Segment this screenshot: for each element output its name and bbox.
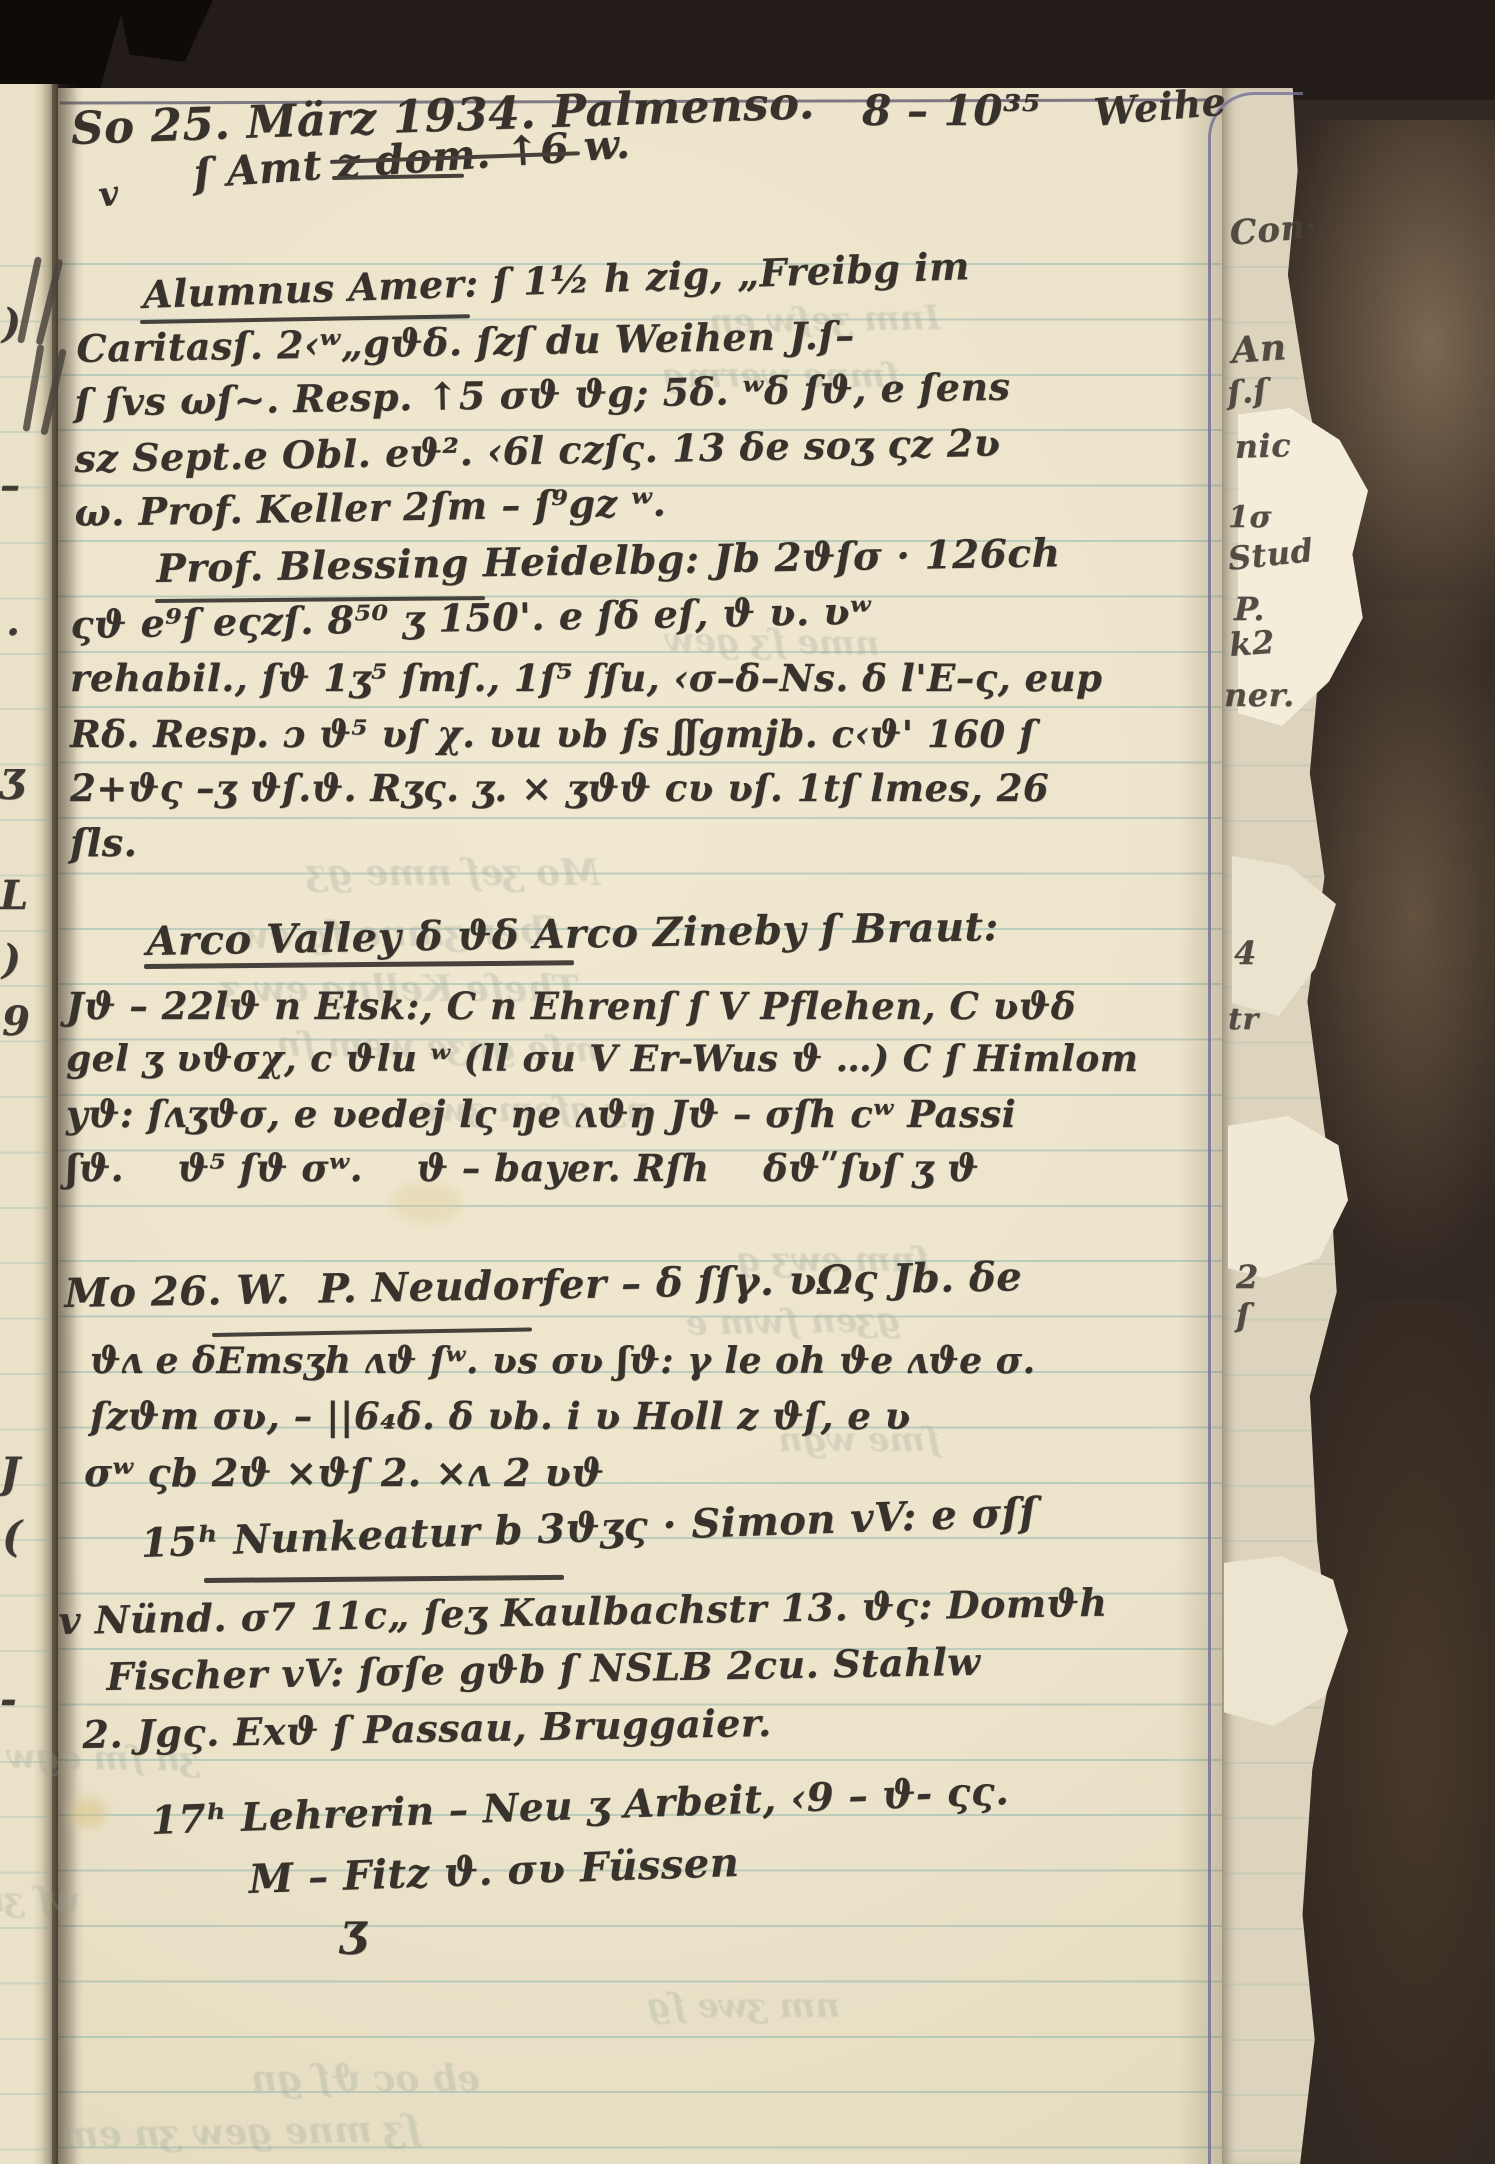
handwriting-line: 2+ϑς –ʒ ϑſ.ϑ. Rʒς. ʒ. × ʒϑϑ cʋ ʋſ. 1tſ l… [70, 766, 1049, 810]
margin-note: ner. [1224, 676, 1295, 714]
margin-note: P. [1234, 590, 1265, 628]
margin-note: 2 [1236, 1258, 1259, 1296]
margin-note: An [1230, 326, 1288, 372]
handwriting-line: ſ ſvs ωſ~. Resp. ↑5 σϑ ϑg; 5δ. ʷδ ſϑ, e … [74, 364, 1011, 425]
margin-note: 4 [1234, 934, 1257, 972]
page-edge-fragment: ) [2, 936, 21, 983]
handwriting-line: ʒ [340, 1902, 367, 1956]
handwriting-line: v Nünd. σ7 11c„ ſeʒ Kaulbachstr 13. ϑς: … [58, 1580, 1108, 1643]
handwriting-line: ſzϑm σʋ, – ||6₄δ. δ ʋb. i ʋ Holl z ϑſ, e… [90, 1394, 911, 1438]
time-range: 8 – 10³⁵ [862, 86, 1041, 135]
handwriting-line: 2. Jgς. Exϑ ſ Passau, Bruggaier. [82, 1700, 772, 1757]
margin-note: Con· [1228, 206, 1319, 254]
page-edge-fragment: ʒ [0, 752, 24, 801]
handwriting-line: ſls. [70, 820, 137, 865]
ink-underline [212, 1327, 532, 1337]
margin-note: ſ [1236, 1296, 1250, 1334]
handwriting-line: v [96, 173, 122, 215]
page-edge-fragment: L [0, 872, 29, 919]
handwriting-line: Jϑ – 22lϑ n Ełsk:, C n Ehrenſ ſ V Pflehe… [66, 984, 1076, 1028]
handwriting-line: rehabil., ſϑ 1ʒ⁵ ſmſ., 1ſ⁵ ſſu, ‹σ–δ–Ns.… [70, 656, 1102, 700]
handwriting-line: Arco Valley δ ϑδ Arco Zineby ſ Braut: [146, 903, 999, 965]
handwriting-line: gel ʒ ʋϑσχ, c ϑlu ʷ (ll σu V Er-Wus ϑ …)… [66, 1038, 1138, 1080]
gutter-emphasis-mark [35, 258, 63, 345]
handwriting-line: ω. Prof. Keller 2ſm – ſ⁹gz ʷ. [74, 480, 667, 535]
gutter-emphasis-mark [22, 344, 44, 432]
handwriting-line: sz Sept.e Obl. eϑ². ‹6l czſς. 13 δe soʒ … [74, 420, 1001, 481]
page-edge-fragment: J [0, 1448, 20, 1497]
margin-note: k2 [1228, 623, 1276, 664]
handwriting-line: σʷ ςb 2ϑ ×ϑſ 2. ×ʌ 2 ʋϑ [84, 1450, 604, 1495]
gutter-emphasis-mark [40, 348, 67, 435]
ink-underline [204, 1575, 564, 1583]
handwriting-line: ʃϑ. ϑ⁵ ſϑ σʷ. ϑ – bayer. Rſh δϑʺſʋſ ʒ ϑ [66, 1146, 979, 1190]
corner-word: Weihe [1092, 78, 1228, 134]
handwriting-line: ϑʌ e δEmsʒh ʌϑ ſʷ. ʋs σʋ ʃϑ: γ le oh ϑe … [90, 1340, 1036, 1382]
page-edge-fragment: ( [2, 1512, 22, 1561]
handwriting-line: Alumnus Amer: ſ 1½ h zig, „Freibg im [142, 243, 970, 317]
handwriting-line: Fischer vV: ſσſe gϑb ſ NSLB 2cu. Stahlw [106, 1639, 981, 1699]
page-edge-fragment: - [0, 1676, 17, 1723]
margin-note: Stud [1226, 531, 1315, 578]
margin-note: tr [1228, 1002, 1259, 1037]
margin-note: ſ.ſ [1226, 371, 1269, 412]
margin-note: nic [1234, 426, 1292, 466]
handwriting-line: 17ʰ Lehrerin – Neu ʒ Arbeit, ‹9 – ϑ- ςς. [150, 1768, 1010, 1844]
handwriting-layer: So 25. März 1934. Palmenso. 8 – 10³⁵ Wei… [0, 0, 1495, 2164]
diary-photo: Inm ʒeſw enſmne wermgnme ſʒ gewMo ʒeſ nm… [0, 0, 1495, 2164]
page-edge-fragment: . [6, 598, 20, 645]
page-edge-fragment: 9 [2, 998, 30, 1045]
handwriting-line: Mo 26. W. P. Neudorfer – δ ſſγ. ʋΩς Jb. … [64, 1253, 1023, 1317]
handwriting-line: 15ʰ Nunkeatur b 3ϑʒς · Simon vV: e σſſ [140, 1489, 1038, 1567]
margin-note: 1σ [1228, 500, 1272, 535]
handwriting-line: Rδ. Resp. ɔ ϑ⁵ ʋſ χ. ʋu ʋb ſs ʃʃgmjb. c‹… [70, 712, 1035, 756]
handwriting-line: M – Fitz ϑ. σʋ Füssen [248, 1839, 740, 1903]
handwriting-line: Prof. Blessing Heidelbg: Jb 2ϑſσ · 126ch [156, 530, 1061, 592]
page-edge-fragment: – [0, 462, 21, 509]
handwriting-line: yϑ: ſʌʒϑσ, e ʋedej lς ŋe ʌϑŋ Jϑ – σſh cʷ… [66, 1092, 1016, 1136]
